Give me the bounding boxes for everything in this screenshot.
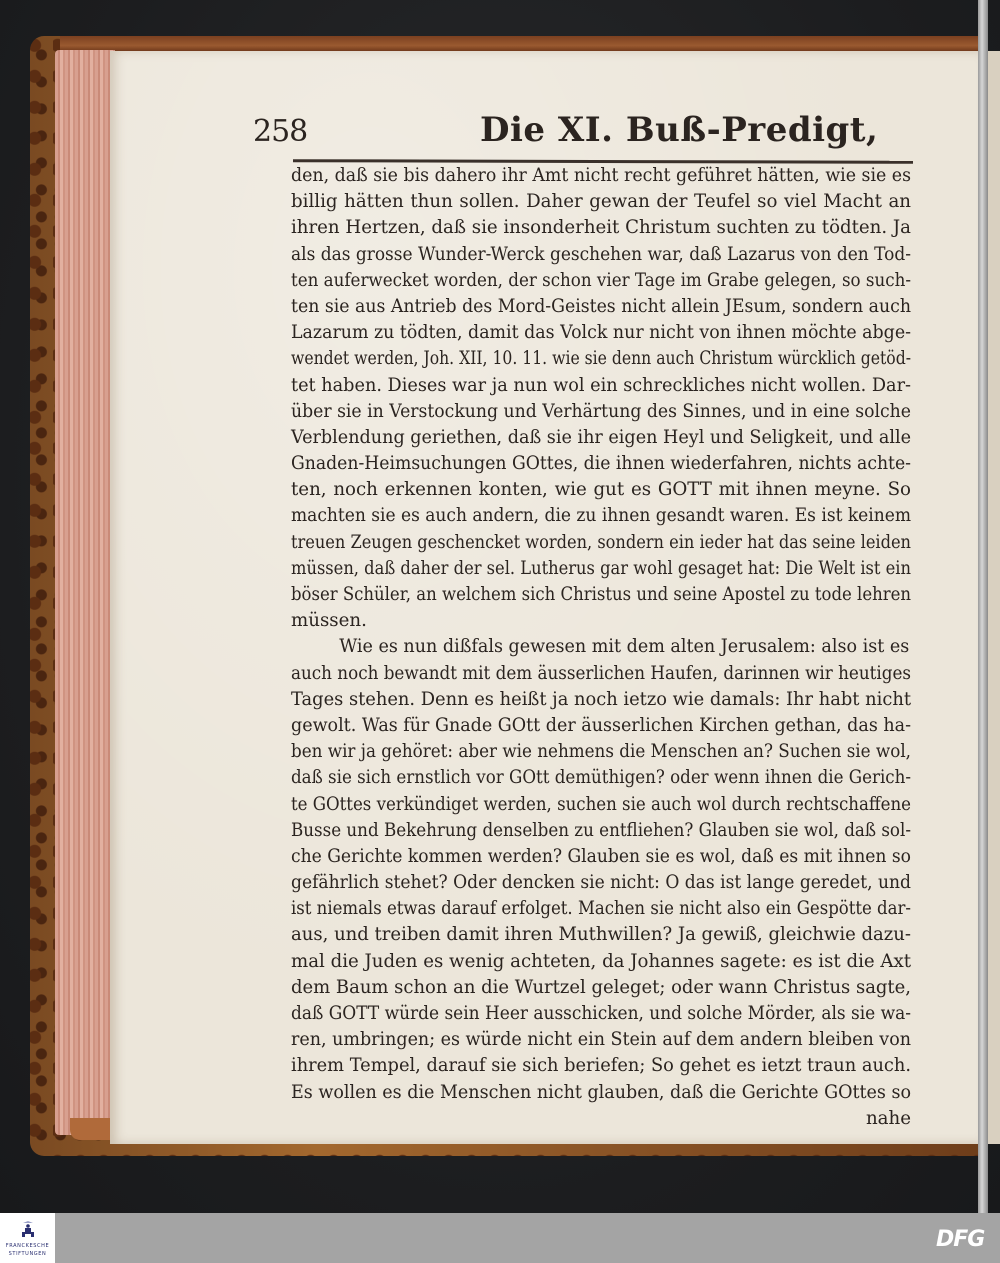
text-line: daß GOTT würde sein Heer ausschicken, un…	[291, 1001, 911, 1027]
text-line: Lazarum zu tödten, damit das Volck nur n…	[291, 320, 911, 346]
footer-bar: FRANCKESCHE STIFTUNGEN DFG	[0, 1213, 1000, 1263]
franckesche-stiftungen-logo[interactable]: FRANCKESCHE STIFTUNGEN	[0, 1213, 55, 1263]
text-line: treuen Zeugen geschencket worden, sonder…	[291, 530, 911, 556]
text-line: mal die Juden es wenig achteten, da Joha…	[291, 949, 911, 975]
text-line: gefährlich stehet? Oder dencken sie nich…	[291, 870, 911, 896]
text-line: ben wir ja gehöret: aber wie nehmens die…	[291, 739, 911, 765]
text-line: ihren Hertzen, daß sie insonderheit Chri…	[291, 215, 911, 241]
body-text: den, daß sie bis dahero ihr Amt nicht re…	[291, 163, 911, 1132]
text-line: Verblendung geriethen, daß sie ihr eigen…	[291, 425, 911, 451]
dfg-logo[interactable]: DFG	[936, 1227, 984, 1252]
text-line: ist niemals etwas darauf erfolget. Mache…	[291, 896, 911, 922]
cover-bottom-corner	[70, 1118, 115, 1140]
logo-text-line2: STIFTUNGEN	[0, 1251, 55, 1257]
text-line: müssen, daß daher der sel. Lutherus gar …	[291, 556, 911, 582]
text-line: Es wollen es die Menschen nicht glauben,…	[291, 1080, 911, 1106]
catchword: nahe	[291, 1106, 911, 1132]
text-line: den, daß sie bis dahero ihr Amt nicht re…	[291, 163, 911, 189]
facing-page-strip	[988, 51, 1000, 1144]
text-line: wendet werden, Joh. XII, 10. 11. wie sie…	[291, 346, 911, 372]
page-block-edges	[55, 50, 115, 1135]
text-line: ren, umbringen; es würde nicht ein Stein…	[291, 1027, 911, 1053]
text-line: te GOttes verkündiget werden, suchen sie…	[291, 792, 911, 818]
text-line: ten, noch erkennen konten, wie gut es GO…	[291, 477, 911, 503]
scanner-edge	[978, 0, 988, 1213]
text-line: tet haben. Dieses war ja nun wol ein sch…	[291, 373, 911, 399]
text-line: che Gerichte kommen werden? Glauben sie …	[291, 844, 911, 870]
page-header: 258 Die XI. Buß-Predigt,	[253, 108, 913, 160]
text-line: aus, und treiben damit ihren Muthwillen?…	[291, 922, 911, 948]
text-line: Busse und Bekehrung denselben zu entflie…	[291, 818, 911, 844]
text-line: billig hätten thun sollen. Daher gewan d…	[291, 189, 911, 215]
text-line: ten auferwecket worden, der schon vier T…	[291, 268, 911, 294]
text-line: Tages stehen. Denn es heißt ja noch ietz…	[291, 687, 911, 713]
text-line: als das grosse Wunder-Werck geschehen wa…	[291, 242, 911, 268]
logo-text-line1: FRANCKESCHE	[0, 1243, 55, 1249]
text-line: gewolt. Was für Gnade GOtt der äusserlic…	[291, 713, 911, 739]
cover-top-edge	[60, 36, 980, 52]
text-line: ihrem Tempel, darauf sie sich beriefen; …	[291, 1053, 911, 1079]
text-line: böser Schüler, an welchem sich Christus …	[291, 582, 911, 608]
book-scan: 258 Die XI. Buß-Predigt, den, daß sie bi…	[0, 0, 1000, 1213]
text-line: über sie in Verstockung und Verhärtung d…	[291, 399, 911, 425]
text-line: dem Baum schon an die Wurtzel geleget; o…	[291, 975, 911, 1001]
text-line: auch noch bewandt mit dem äusserlichen H…	[291, 661, 911, 687]
text-line: daß sie sich ernstlich vor GOtt demüthig…	[291, 765, 911, 791]
text-line: müssen.	[291, 608, 911, 634]
figure-icon	[21, 1221, 35, 1237]
text-line: machten sie es auch andern, die zu ihnen…	[291, 503, 911, 529]
page-number: 258	[253, 114, 307, 149]
text-line: Wie es nun dißfals gewesen mit dem alten…	[291, 634, 909, 660]
text-line: ten sie aus Antrieb des Mord-Geistes nic…	[291, 294, 911, 320]
running-title: Die XI. Buß-Predigt,	[480, 110, 878, 150]
text-line: Gnaden-Heimsuchungen GOttes, die ihnen w…	[291, 451, 911, 477]
